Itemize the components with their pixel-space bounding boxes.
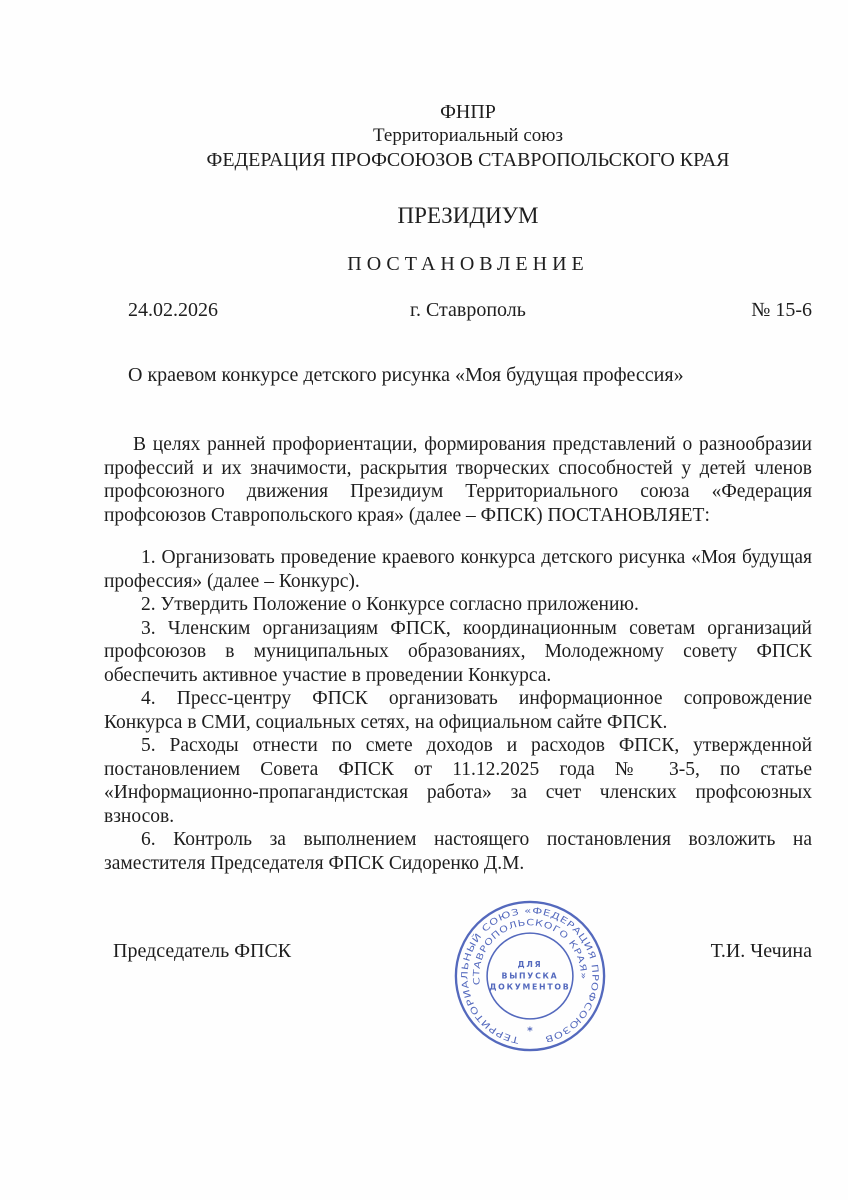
- doc-type-heading: ПОСТАНОВЛЕНИЕ: [124, 252, 812, 276]
- doc-place: г. Ставрополь: [410, 298, 526, 322]
- stamp-graphic: ТЕРРИТОРИАЛЬНЫЙ СОЮЗ «ФЕДЕРАЦИЯ ПРОФСОЮЗ…: [456, 902, 604, 1050]
- stamp-center-line-2: ВЫПУСКА: [502, 971, 559, 980]
- stamp-center-line-3: ДОКУМЕНТОВ: [489, 983, 570, 992]
- resolution-item-2: 2. Утвердить Положение о Конкурсе соглас…: [104, 593, 812, 617]
- scanned-resolution-page: ФНПР Территориальный союз ФЕДЕРАЦИЯ ПРОФ…: [0, 0, 848, 1200]
- approval-stamp: ТЕРРИТОРИАЛЬНЫЙ СОЮЗ «ФЕДЕРАЦИЯ ПРОФСОЮЗ…: [452, 898, 608, 1054]
- signer-name: Т.И. Чечина: [711, 939, 812, 963]
- resolution-item-4: 4. Пресс-центру ФПСК организовать информ…: [104, 687, 812, 734]
- presidium-heading: ПРЕЗИДИУМ: [124, 203, 812, 229]
- doc-date: 24.02.2026: [128, 299, 218, 321]
- resolution-items: 1. Организовать проведение краевого конк…: [104, 546, 812, 875]
- preamble-paragraph: В целях ранней профориентации, формирова…: [104, 433, 812, 527]
- subject-line: О краевом конкурсе детского рисунка «Моя…: [128, 363, 812, 387]
- org-type-line: Территориальный союз: [124, 124, 812, 148]
- resolution-item-1: 1. Организовать проведение краевого конк…: [104, 546, 812, 593]
- letterhead: ФНПР Территориальный союз ФЕДЕРАЦИЯ ПРОФ…: [124, 100, 812, 172]
- resolution-item-3: 3. Членским организациям ФПСК, координац…: [104, 617, 812, 688]
- resolution-item-5: 5. Расходы отнести по смете доходов и ра…: [104, 734, 812, 828]
- org-name-line: ФЕДЕРАЦИЯ ПРОФСОЮЗОВ СТАВРОПОЛЬСКОГО КРА…: [124, 148, 812, 172]
- org-abbr-line: ФНПР: [124, 100, 812, 124]
- signer-position: Председатель ФПСК: [113, 939, 291, 963]
- stamp-separator-star: *: [527, 1025, 533, 1038]
- stamp-center-line-1: ДЛЯ: [518, 960, 543, 969]
- meta-row: 24.02.2026 г. Ставрополь № 15-6: [104, 298, 812, 322]
- resolution-item-6: 6. Контроль за выполнением настоящего по…: [104, 828, 812, 875]
- doc-number: № 15-6: [751, 298, 812, 322]
